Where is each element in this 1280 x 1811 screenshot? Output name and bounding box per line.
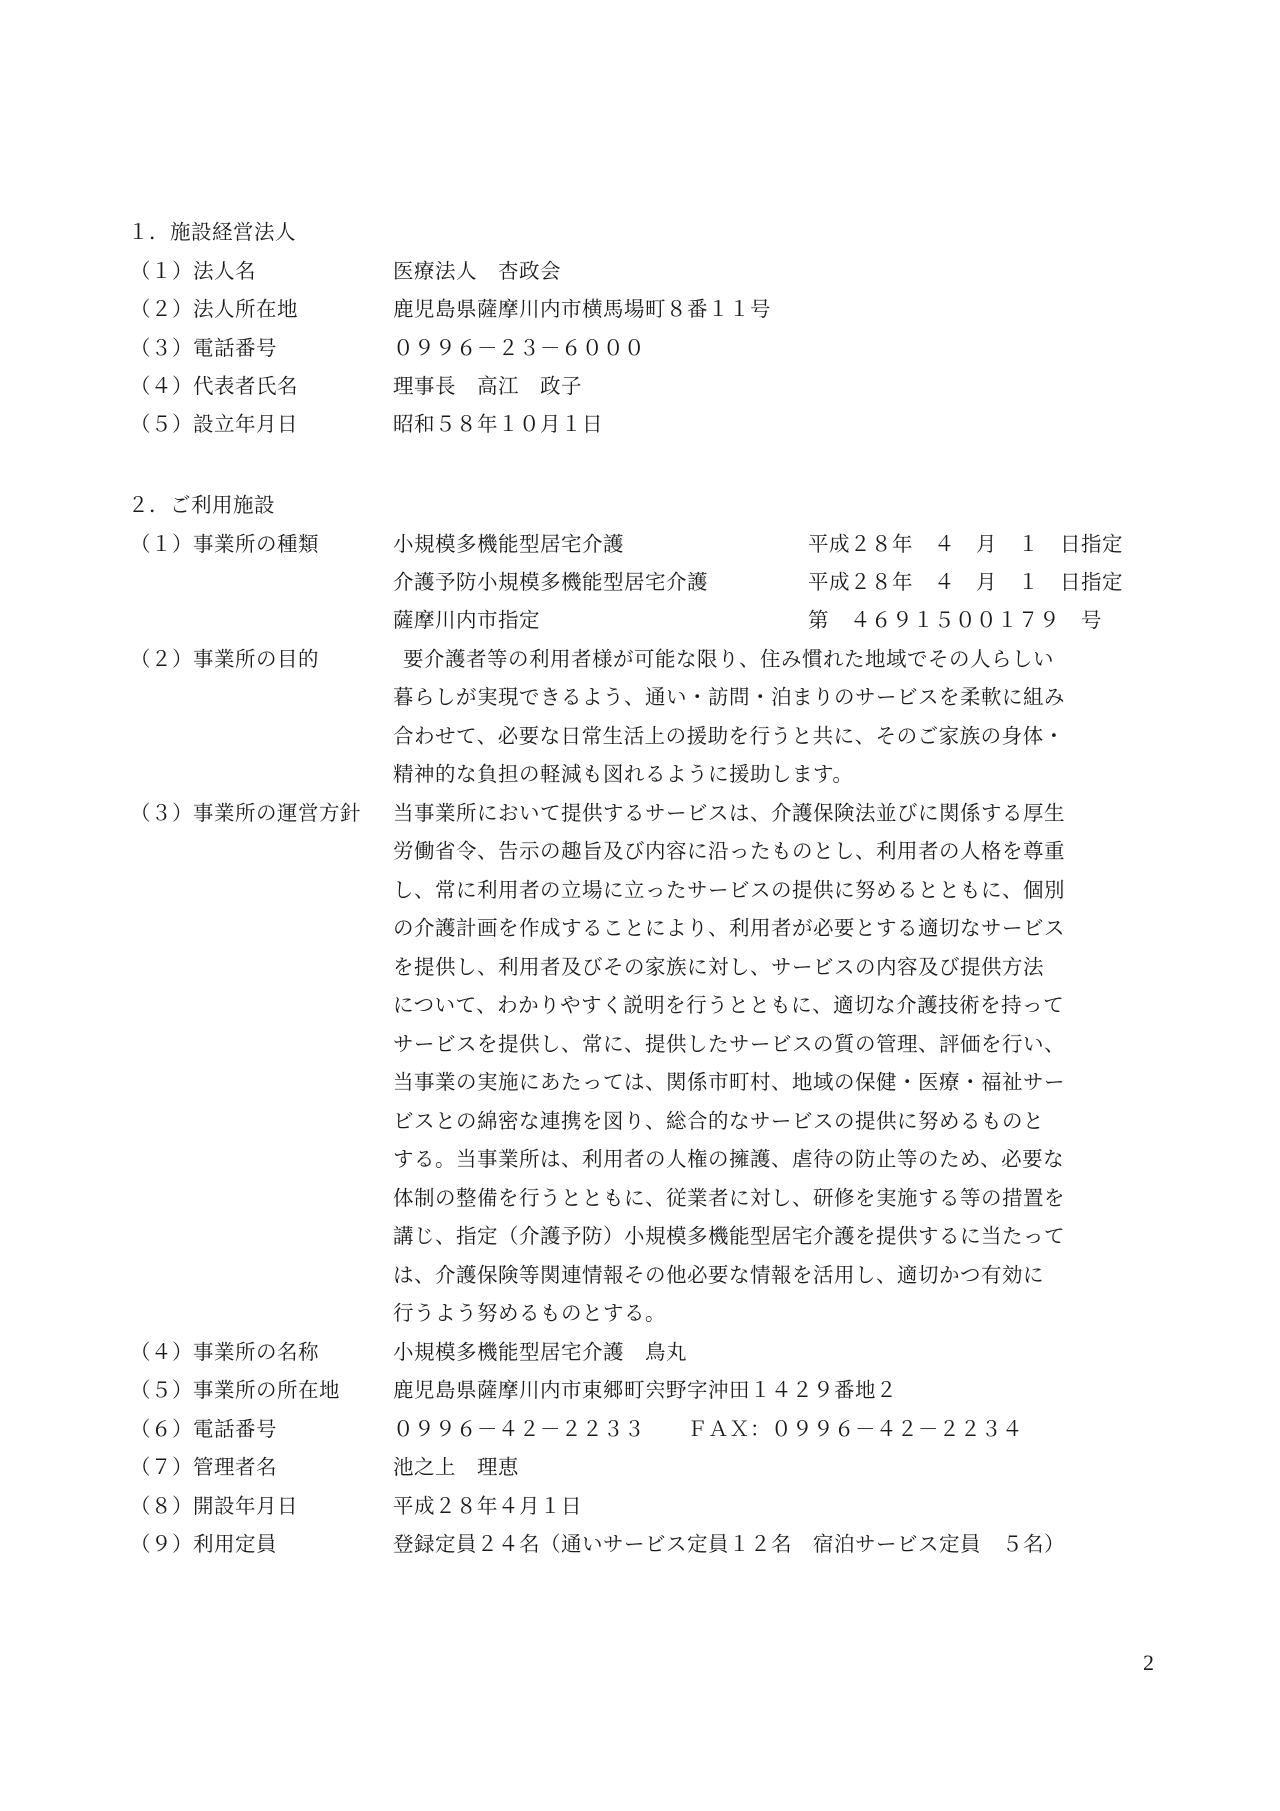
- purpose-line-2: 暮らしが実現できるよう、通い・訪問・泊まりのサービスを柔軟に組み: [393, 683, 1065, 711]
- facility-type-date-1: 平成２８年 ４ 月 １ 日指定: [808, 530, 1123, 558]
- policy-label: （３）事業所の運営方針: [130, 799, 361, 827]
- facility-type-name-2: 介護予防小規模多機能型居宅介護: [393, 568, 708, 596]
- policy-line-1: 当事業所において提供するサービスは、介護保険法並びに関係する厚生: [393, 799, 1065, 827]
- facility-type-date-2: 平成２８年 ４ 月 １ 日指定: [808, 568, 1123, 596]
- corp-address-value: 鹿児島県薩摩川内市横馬場町８番１１号: [393, 295, 771, 323]
- facility-address-label: （５）事業所の所在地: [130, 1376, 340, 1404]
- section-2-heading: ２．ご利用施設: [128, 491, 275, 519]
- policy-line-10: する。当事業所は、利用者の人権の擁護、虐待の防止等のため、必要な: [393, 1145, 1064, 1173]
- policy-line-12: 講じ、指定（介護予防）小規模多機能型居宅介護を提供するに当たって: [393, 1222, 1065, 1250]
- section-1-heading: １．施設経営法人: [128, 218, 296, 246]
- representative-value: 理事長 高江 政子: [393, 372, 582, 400]
- facility-name-value: 小規模多機能型居宅介護 鳥丸: [393, 1338, 687, 1366]
- policy-line-13: は、介護保険等関連情報その他必要な情報を活用し、適切かつ有効に: [393, 1261, 1044, 1289]
- facility-type-name-3: 薩摩川内市指定: [393, 606, 540, 634]
- opening-date-label: （８）開設年月日: [130, 1492, 298, 1520]
- policy-line-7: サービスを提供し、常に、提供したサービスの質の管理、評価を行い、: [393, 1030, 1065, 1058]
- policy-line-4: の介護計画を作成することにより、利用者が必要とする適切なサービス: [393, 914, 1065, 942]
- facility-type-label: （１）事業所の種類: [130, 530, 319, 558]
- representative-label: （４）代表者氏名: [130, 372, 298, 400]
- purpose-line-4: 精神的な負担の軽減も図れるように援助します。: [393, 760, 853, 788]
- policy-line-2: 労働省令、告示の趣旨及び内容に沿ったものとし、利用者の人格を尊重: [393, 837, 1065, 865]
- corp-name-label: （１）法人名: [130, 257, 256, 285]
- policy-line-14: 行うよう努めるものとする。: [393, 1299, 666, 1327]
- policy-line-6: について、わかりやすく説明を行うとともに、適切な介護技術を持って: [393, 991, 1064, 1019]
- policy-line-3: し、常に利用者の立場に立ったサービスの提供に努めるとともに、個別: [393, 876, 1065, 904]
- established-date-label: （５）設立年月日: [130, 410, 298, 438]
- manager-value: 池之上 理恵: [393, 1453, 519, 1481]
- policy-line-5: を提供し、利用者及びその家族に対し、サービスの内容及び提供方法: [393, 953, 1044, 981]
- manager-label: （７）管理者名: [130, 1453, 277, 1481]
- policy-line-11: 体制の整備を行うとともに、従業者に対し、研修を実施する等の措置を: [393, 1184, 1065, 1212]
- capacity-value: 登録定員２４名（通いサービス定員１２名 宿泊サービス定員 ５名）: [393, 1530, 1065, 1558]
- corp-phone-value: ０９９６－２３－６０００: [393, 334, 645, 362]
- purpose-label: （２）事業所の目的: [130, 645, 319, 673]
- established-date-value: 昭和５８年１０月１日: [393, 410, 603, 438]
- facility-phone-fax-value: ０９９６－４２－２２３３ ＦＡＸ：０９９６－４２－２２３４: [393, 1415, 1023, 1443]
- facility-phone-label: （６）電話番号: [130, 1415, 277, 1443]
- corp-address-label: （２）法人所在地: [130, 295, 298, 323]
- policy-line-8: 当事業の実施にあたっては、関係市町村、地域の保健・医療・福祉サー: [393, 1068, 1065, 1096]
- facility-address-value: 鹿児島県薩摩川内市東郷町宍野字沖田１４２９番地２: [393, 1376, 897, 1404]
- facility-type-designation-number: 第 ４６９１５００１７９ 号: [808, 606, 1102, 634]
- facility-name-label: （４）事業所の名称: [130, 1338, 319, 1366]
- purpose-line-1: 要介護者等の利用者様が可能な限り、住み慣れた地域でその人らしい: [403, 645, 1054, 673]
- capacity-label: （９）利用定員: [130, 1530, 277, 1558]
- document-page: １．施設経営法人 （１）法人名 医療法人 杏政会 （２）法人所在地 鹿児島県薩摩…: [0, 0, 1280, 1811]
- corp-phone-label: （３）電話番号: [130, 334, 277, 362]
- policy-line-9: ビスとの綿密な連携を図り、総合的なサービスの提供に努めるものと: [393, 1107, 1044, 1135]
- purpose-line-3: 合わせて、必要な日常生活上の援助を行うと共に、そのご家族の身体・: [393, 722, 1065, 750]
- corp-name-value: 医療法人 杏政会: [393, 257, 561, 285]
- page-number: 2: [1143, 1650, 1154, 1676]
- facility-type-name-1: 小規模多機能型居宅介護: [393, 530, 624, 558]
- opening-date-value: 平成２８年４月１日: [393, 1492, 582, 1520]
